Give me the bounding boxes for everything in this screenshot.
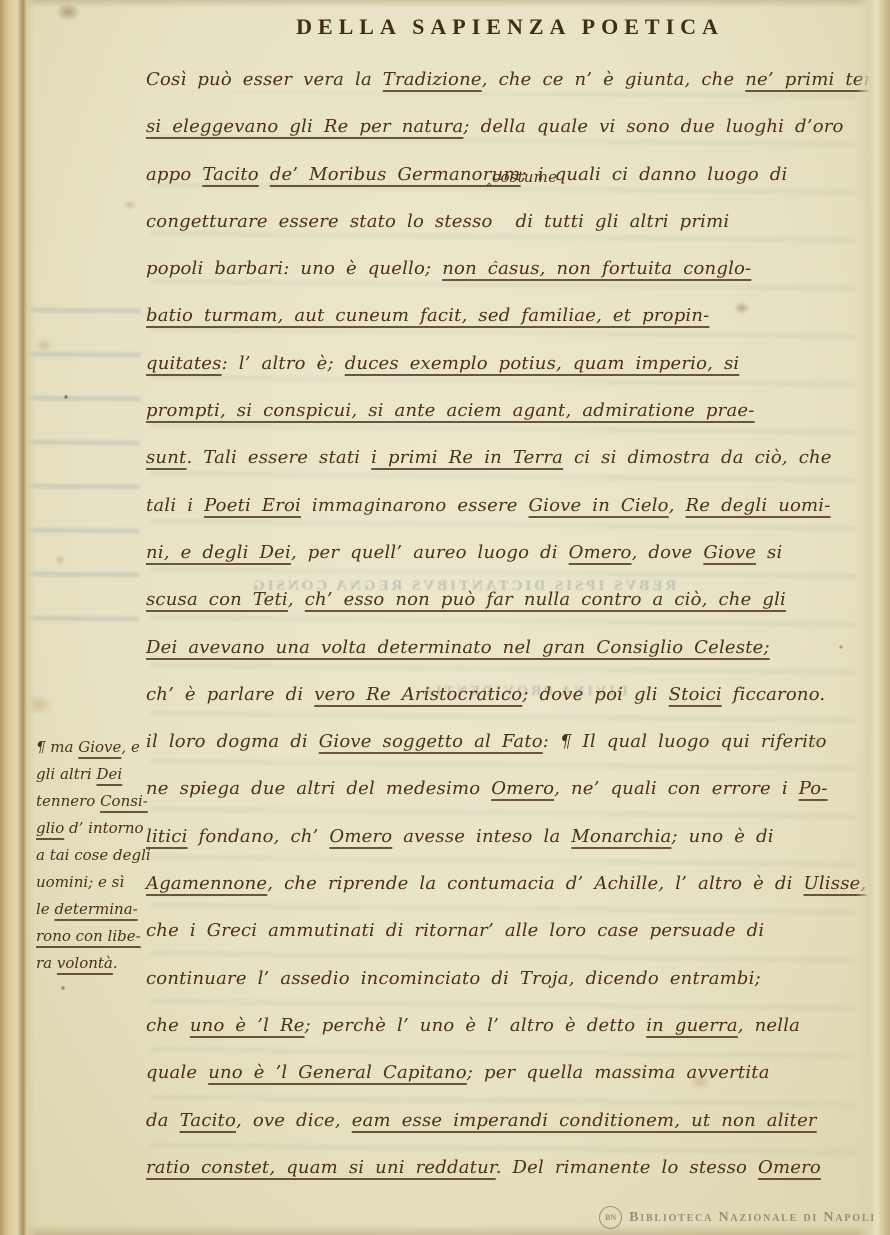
underlined-text: Omero [569, 542, 632, 563]
text-segment: , ove dice, [236, 1110, 352, 1131]
underlined-text: Giove in Cielo [529, 495, 669, 516]
underlined-text: ratio constet, quam si uni reddatur [146, 1157, 496, 1178]
text-segment: ¶ ma [36, 738, 78, 756]
text-segment: ficcarono. [722, 684, 826, 705]
manuscript-line: ¶ ma Giove, e [36, 734, 148, 761]
underlined-text: Tradizione [383, 69, 482, 90]
manuscript-line: congetturare essere stato lo stesso‸‸cos… [146, 198, 876, 245]
library-watermark-label: Biblioteca Nazionale di Napoli [629, 1210, 876, 1226]
text-segment: le [36, 900, 54, 918]
text-segment: , nella [738, 1015, 800, 1036]
manuscript-line: a tai cose degli [36, 842, 148, 869]
underlined-text: scusa con Teti [146, 589, 288, 610]
text-segment: ; dove poi gli [522, 684, 668, 705]
underlined-text: Omero [758, 1157, 821, 1178]
manuscript-line: scusa con Teti, ch’ esso non può far nul… [146, 576, 876, 623]
text-segment: ra [36, 954, 57, 972]
text-segment: di tutti gli altri primi [505, 211, 730, 232]
underlined-text: i primi Re in Terra [371, 447, 563, 468]
text-segment: : l’ altro è; [222, 353, 345, 374]
manuscript-line: sunt. Tali essere stati i primi Re in Te… [146, 434, 876, 481]
underlined-text: Agamennone [146, 873, 267, 894]
manuscript-line: che uno è ’l Re; perchè l’ uno è l’ altr… [146, 1002, 876, 1049]
underlined-text: Re degli uomi- [686, 495, 831, 516]
underlined-text: Omero [329, 826, 392, 847]
library-monogram-icon: BN [599, 1206, 622, 1229]
text-segment: uomini; e sì [36, 873, 124, 891]
underlined-text: ne’ primi tempi [745, 69, 890, 90]
text-segment: . Del rimanente lo stesso [496, 1157, 758, 1178]
manuscript-line: da Tacito, ove dice, eam esse imperandi … [146, 1097, 876, 1144]
manuscript-line: continuare l’ assedio incominciato di Tr… [146, 955, 876, 1002]
text-segment: appo [146, 164, 202, 185]
text-segment: il loro dogma di [146, 731, 319, 752]
manuscript-line: quale uno è ’l General Capitano; per que… [146, 1049, 876, 1096]
text-segment: fondano, ch’ [188, 826, 330, 847]
manuscript-line: batio turmam, aut cuneum facit, sed fami… [146, 292, 876, 339]
text-segment: , [288, 589, 305, 610]
manuscript-line: prompti, si conspicui, si ante aciem aga… [146, 387, 876, 434]
manuscript-page: REBVS IPSIS DICTANTIBVS REGNA CONSIG DIV… [0, 0, 890, 1235]
text-segment: , e [121, 738, 139, 756]
underlined-text: Ulisse, [803, 873, 866, 894]
text-segment: ; perchè l’ uno è l’ altro è detto [305, 1015, 647, 1036]
manuscript-line: Così può esser vera la Tradizione, che c… [146, 56, 876, 103]
underlined-text: Omero [491, 778, 554, 799]
manuscript-line: gli altri Dei [36, 761, 148, 788]
text-segment [259, 164, 270, 185]
manuscript-line: ch’ è parlare di vero Re Aristocratico; … [146, 671, 876, 718]
library-watermark: BN Biblioteca Nazionale di Napoli [599, 1206, 876, 1229]
underlined-text: duces exemplo potius, quam imperio, si [345, 353, 740, 374]
underlined-text: Dei avevano una volta determinato nel gr… [146, 637, 770, 658]
manuscript-line: glio d’ intorno [36, 815, 148, 842]
text-segment: gli altri [36, 765, 96, 783]
text-segment: a tai cose degli [36, 846, 151, 864]
text-segment: , per quell’ aureo luogo di [291, 542, 569, 563]
text-segment: quale [146, 1062, 208, 1083]
manuscript-line: uomini; e sì [36, 869, 148, 896]
underlined-text: uno è ’l Re [190, 1015, 305, 1036]
underlined-text: Giove soggetto al Fato [319, 731, 543, 752]
text-segment: immaginarono essere [301, 495, 529, 516]
manuscript-line: tali i Poeti Eroi immaginarono essere Gi… [146, 482, 876, 529]
text-segment: avesse inteso la [392, 826, 571, 847]
text-segment: che [146, 1015, 190, 1036]
text-segment: , [669, 495, 686, 516]
manuscript-line: popoli barbari: uno è quello; non casus,… [146, 245, 876, 292]
manuscript-line: ratio constet, quam si uni reddatur. Del… [146, 1144, 876, 1191]
text-segment: tali i [146, 495, 204, 516]
text-segment: congetturare essere stato lo stesso [146, 211, 493, 232]
manuscript-line: che i Greci ammutinati di ritornar’ alle… [146, 907, 876, 954]
text-segment: ; i quali ci danno luogo di [521, 164, 788, 185]
text-segment: , che ce n’ è giunta, che [482, 69, 745, 90]
text-segment: popoli barbari: uno è quello; [146, 258, 442, 279]
text-segment: , dove [632, 542, 704, 563]
underlined-text: ni, e degli Dei [146, 542, 291, 563]
text-segment: ne spiega due altri del medesimo [146, 778, 491, 799]
text-segment: . [113, 954, 118, 972]
manuscript-text-block: Così può esser vera la Tradizione, che c… [146, 56, 876, 1191]
text-segment: continuare l’ assedio incominciato di Tr… [146, 968, 761, 989]
underlined-text: Poeti Eroi [204, 495, 301, 516]
underlined-text: prompti, si conspicui, si ante aciem aga… [146, 400, 755, 421]
underlined-text: vero Re Aristocratico [314, 684, 522, 705]
underlined-text: si eleggevano gli Re per natura [146, 116, 463, 137]
text-segment: ; per quella massima avvertita [467, 1062, 770, 1083]
underlined-text: volontà [57, 954, 113, 972]
underlined-text: Dei [96, 765, 122, 783]
margin-note: ¶ ma Giove, egli altri Deitennero Consi-… [36, 734, 148, 977]
manuscript-line: le determina- [36, 896, 148, 923]
underlined-text: in guerra [646, 1015, 738, 1036]
text-segment: ; uno è di [671, 826, 773, 847]
underlined-text: de’ Moribus Germanorum [270, 164, 521, 185]
underlined-text: non casus, non fortuita conglo- [442, 258, 751, 279]
underlined-text: Stoici [669, 684, 722, 705]
manuscript-line: ni, e degli Dei, per quell’ aureo luogo … [146, 529, 876, 576]
text-segment: si [756, 542, 782, 563]
underlined-text: uno è ’l General Capitano [208, 1062, 467, 1083]
text-segment: : ¶ Il qual luogo qui riferito [543, 731, 827, 752]
underlined-text: eam esse imperandi conditionem, ut non a… [352, 1110, 817, 1131]
underlined-text: Giove [78, 738, 121, 756]
underlined-text: Po- [799, 778, 828, 799]
underlined-text: quitates [146, 353, 222, 374]
text-segment: ci si dimostra da ciò, che [563, 447, 832, 468]
text-segment: ch’ è parlare di [146, 684, 314, 705]
underlined-text: Tacito [202, 164, 258, 185]
manuscript-line: Dei avevano una volta determinato nel gr… [146, 624, 876, 671]
manuscript-line: il loro dogma di Giove soggetto al Fato:… [146, 718, 876, 765]
manuscript-line: litici fondano, ch’ Omero avesse inteso … [146, 813, 876, 860]
underlined-text: glio [36, 819, 64, 837]
underlined-text: litici [146, 826, 188, 847]
text-segment: , che riprende la contumacia d’ Achille,… [267, 873, 803, 894]
underlined-text: determina- [54, 900, 137, 918]
manuscript-line: si eleggevano gli Re per natura; della q… [146, 103, 876, 150]
text-segment: Così può esser vera la [146, 69, 383, 90]
text-segment: , ne’ quali con errore i [554, 778, 799, 799]
underlined-text: rono con libe- [36, 927, 141, 945]
manuscript-line: quitates: l’ altro è; duces exemplo poti… [146, 340, 876, 387]
manuscript-line: Agamennone, che riprende la contumacia d… [146, 860, 876, 907]
text-segment: tennero [36, 792, 100, 810]
underlined-text: Tacito [180, 1110, 236, 1131]
page-title: DELLA SAPIENZA POETICA [140, 14, 880, 40]
text-segment: che i Greci ammutinati di ritornar’ alle… [146, 920, 764, 941]
underlined-text: Giove [703, 542, 756, 563]
text-segment: . Tali essere stati [186, 447, 371, 468]
manuscript-line: ne spiega due altri del medesimo Omero, … [146, 765, 876, 812]
underlined-text: ch’ esso non può far nulla contro a ciò,… [305, 589, 786, 610]
underlined-text: sunt [146, 447, 186, 468]
bleedthrough-margin-texture [26, 282, 141, 661]
underlined-text: Consi- [100, 792, 148, 810]
text-segment: da [146, 1110, 180, 1131]
text-segment: d’ intorno [64, 819, 143, 837]
manuscript-line: ra volontà. [36, 950, 148, 977]
text-segment: ; della quale vi sono due luoghi d’oro [463, 116, 843, 137]
underlined-text: batio turmam, aut cuneum facit, sed fami… [146, 305, 709, 326]
manuscript-line: rono con libe- [36, 923, 148, 950]
manuscript-line: tennero Consi- [36, 788, 148, 815]
underlined-text: Monarchia [571, 826, 671, 847]
